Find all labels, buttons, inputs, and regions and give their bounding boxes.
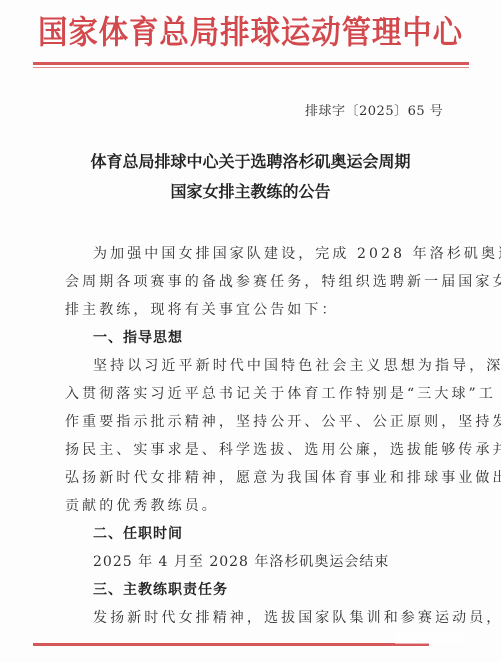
intro-line: 排主教练，现将有关事宜公告如下： xyxy=(65,296,470,324)
section-line: 2025 年 4 月至 2028 年洛杉矶奥运会结束 xyxy=(65,548,470,576)
section-heading-duties: 三、主教练职责任务 xyxy=(65,576,470,604)
intro-line: 为加强中国女排国家队建设，完成 2028 年洛杉矶奥运 xyxy=(65,240,470,268)
section-line: 弘扬新时代女排精神，愿意为我国体育事业和排球事业做出 xyxy=(65,464,470,492)
watermark-overlay xyxy=(395,630,465,644)
section-line: 贡献的优秀教练员。 xyxy=(65,492,470,520)
letterhead-divider xyxy=(33,62,469,68)
section-heading-term-of-office: 二、任职时间 xyxy=(65,520,470,548)
document-title: 体育总局排球中心关于选聘洛杉矶奥运会周期 国家女排主教练的公告 xyxy=(0,147,501,207)
footer-divider xyxy=(33,643,429,646)
document-page: 国家体育总局排球运动管理中心 排球字〔2025〕65 号 体育总局排球中心关于选… xyxy=(0,0,501,662)
letterhead-org-name: 国家体育总局排球运动管理中心 xyxy=(20,10,481,54)
section-line: 发扬新时代女排精神，选拔国家队集训和参赛运动员， xyxy=(65,604,470,632)
section-line: 作重要指示批示精神，坚持公开、公平、公正原则，坚持发 xyxy=(65,408,470,436)
title-line-2: 国家女排主教练的公告 xyxy=(0,177,501,207)
document-number: 排球字〔2025〕65 号 xyxy=(305,100,443,119)
section-heading-guiding-ideology: 一、指导思想 xyxy=(65,324,470,352)
divider-thin-line xyxy=(33,67,469,68)
section-line: 坚持以习近平新时代中国特色社会主义思想为指导，深 xyxy=(65,352,470,380)
intro-line: 会周期各项赛事的备战参赛任务，特组织选聘新一届国家女 xyxy=(65,268,470,296)
document-body: 为加强中国女排国家队建设，完成 2028 年洛杉矶奥运 会周期各项赛事的备战参赛… xyxy=(65,240,470,632)
section-line: 入贯彻落实习近平总书记关于体育工作特别是“三大球”工 xyxy=(65,380,470,408)
title-line-1: 体育总局排球中心关于选聘洛杉矶奥运会周期 xyxy=(0,147,501,177)
section-line: 扬民主、实事求是、科学选拔、选用公廉，选拔能够传承并 xyxy=(65,436,470,464)
